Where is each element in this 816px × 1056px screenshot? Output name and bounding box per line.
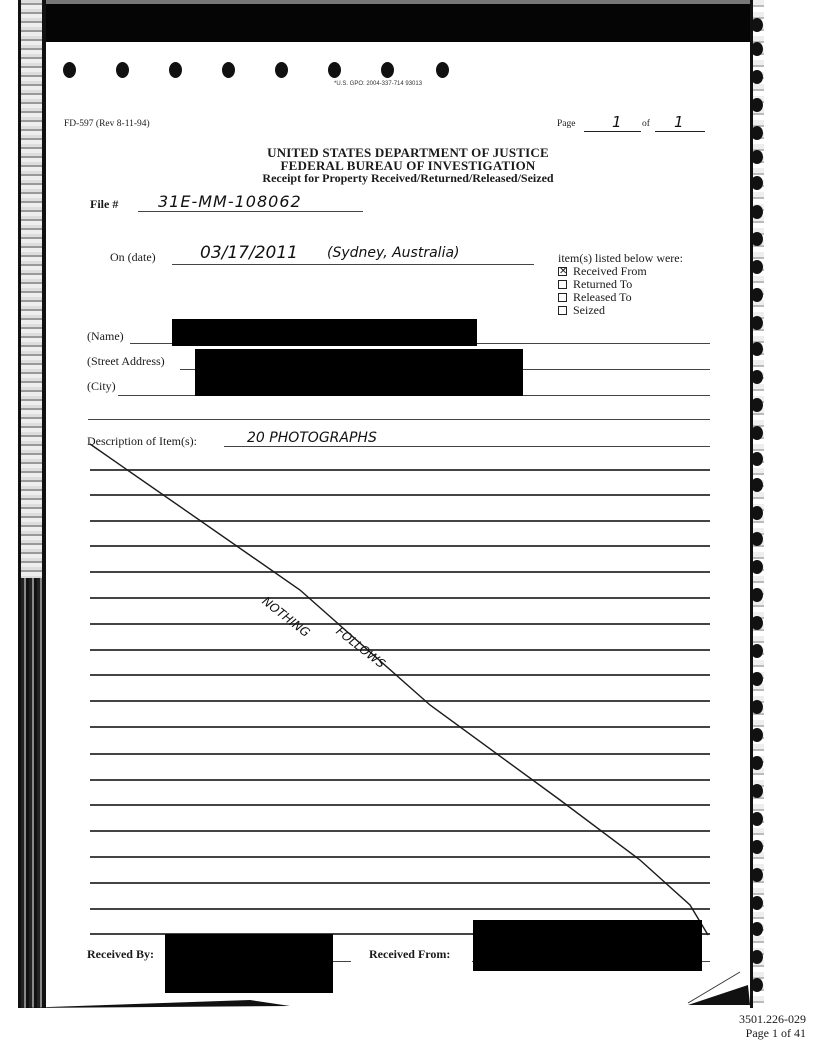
redaction-received-by	[165, 934, 333, 993]
nothing-follows-strike-line	[0, 0, 816, 1056]
exhibit-number: 3501.226-029	[739, 1012, 806, 1027]
redaction-received-from	[473, 920, 702, 971]
received-from-label: Received From:	[369, 947, 450, 962]
received-by-label: Received By:	[87, 947, 154, 962]
page-count: Page 1 of 41	[746, 1026, 806, 1041]
